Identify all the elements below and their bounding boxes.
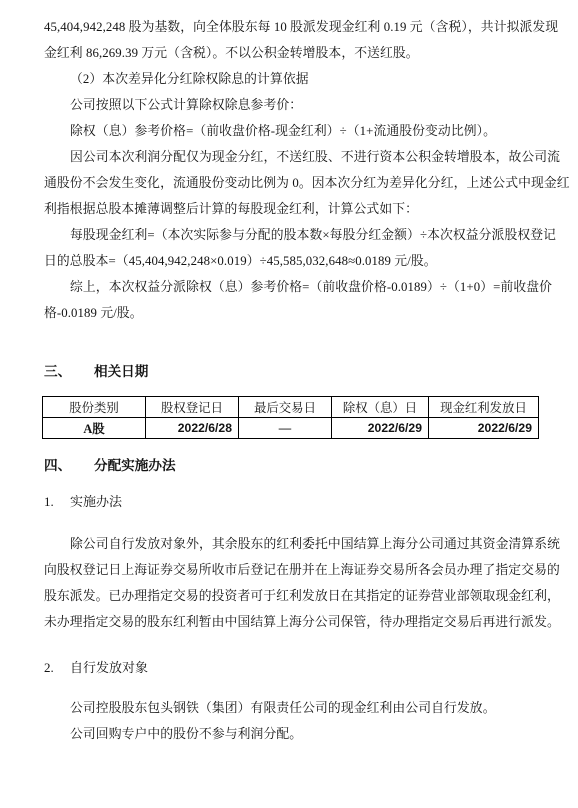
- text-line: 每股现金红利=（本次实际参与分配的股本数×每股分红金额）÷本次权益分派股权登记: [44, 222, 554, 248]
- section-number: 三、: [44, 360, 94, 380]
- text-line: 向股权登记日上海证券交易所收市后登记在册并在上海证券交易所各会员办理了指定交易的: [44, 557, 554, 583]
- table-header-row: 股份类别 股权登记日 最后交易日 除权（息）日 现金红利发放日: [43, 397, 539, 418]
- text-line: 通股份不会发生变化，流通股份变动比例为 0。因本次分红为差异化分红，上述公式中现…: [44, 170, 554, 196]
- cell-record-date: 2022/6/28: [146, 418, 239, 439]
- header-ex-dividend-date: 除权（息）日: [332, 397, 429, 418]
- section-title: 相关日期: [94, 364, 148, 379]
- paragraph-dividend-base: 45,404,942,248 股为基数，向全体股东每 10 股派发现金红利 0.…: [44, 14, 554, 66]
- cell-share-class: A股: [43, 418, 146, 439]
- section-heading-implementation: 四、分配实施办法: [44, 454, 176, 474]
- list-item-number: 2.: [44, 660, 70, 676]
- text-line: 45,404,942,248 股为基数，向全体股东每 10 股派发现金红利 0.…: [44, 14, 554, 40]
- header-record-date: 股权登记日: [146, 397, 239, 418]
- cell-payment-date: 2022/6/29: [429, 418, 539, 439]
- text-line: 因公司本次利润分配仅为现金分红，不送红股、不进行资本公积金转增股本，故公司流: [44, 144, 554, 170]
- list-item-label: 自行发放对象: [70, 660, 148, 675]
- list-item-self-distribution: 2.自行发放对象: [44, 657, 148, 676]
- list-item-number: 1.: [44, 494, 70, 510]
- text-line: 日的总股本=（45,404,942,248×0.019）÷45,585,032,…: [44, 248, 554, 274]
- header-last-trading-date: 最后交易日: [239, 397, 332, 418]
- related-dates-table: 股份类别 股权登记日 最后交易日 除权（息）日 现金红利发放日 A股 2022/…: [42, 396, 539, 439]
- text-line: 股东派发。已办理指定交易的投资者可于红利发放日在其指定的证券营业部领取现金红利，: [44, 583, 554, 609]
- header-share-class: 股份类别: [43, 397, 146, 418]
- paragraph-cash-only-explanation: 因公司本次利润分配仅为现金分红，不送红股、不进行资本公积金转增股本，故公司流 通…: [44, 144, 554, 222]
- paragraph-ex-right-formula: 除权（息）参考价格=（前收盘价格-现金红利）÷（1+流通股份变动比例）。: [44, 118, 554, 144]
- text-line: 未办理指定交易的股东红利暂由中国结算上海分公司保管，待办理指定交易后再进行派发。: [44, 609, 554, 635]
- list-item-implementation-method: 1.实施办法: [44, 491, 122, 510]
- paragraph-reference-price-conclusion: 综上，本次权益分派除权（息）参考价格=（前收盘价格-0.0189）÷（1+0）=…: [44, 274, 554, 326]
- paragraph-distribution-method: 除公司自行发放对象外，其余股东的红利委托中国结算上海分公司通过其资金清算系统 向…: [44, 531, 554, 635]
- text-line: 公司控股股东包头钢铁（集团）有限责任公司的现金红利由公司自行发放。: [44, 695, 554, 721]
- text-line: 公司回购专户中的股份不参与利润分配。: [44, 721, 554, 747]
- text-line: 综上，本次权益分派除权（息）参考价格=（前收盘价格-0.0189）÷（1+0）=…: [44, 274, 554, 300]
- paragraph-repurchase-account: 公司回购专户中的股份不参与利润分配。: [44, 721, 554, 747]
- paragraph-calc-basis-title: （2）本次差异化分红除权除息的计算依据: [44, 66, 554, 92]
- text-line: 金红利 86,269.39 万元（含税）。不以公积金转增股本，不送红股。: [44, 40, 554, 66]
- paragraph-formula-intro: 公司按照以下公式计算除权除息参考价：: [44, 92, 554, 118]
- header-payment-date: 现金红利发放日: [429, 397, 539, 418]
- cell-ex-dividend-date: 2022/6/29: [332, 418, 429, 439]
- text-line: 除权（息）参考价格=（前收盘价格-现金红利）÷（1+流通股份变动比例）。: [44, 118, 554, 144]
- text-line: 格-0.0189 元/股。: [44, 300, 554, 326]
- table-row: A股 2022/6/28 — 2022/6/29 2022/6/29: [43, 418, 539, 439]
- document-page: 45,404,942,248 股为基数，向全体股东每 10 股派发现金红利 0.…: [0, 0, 578, 808]
- section-title: 分配实施办法: [94, 458, 176, 473]
- paragraph-per-share-dividend-calc: 每股现金红利=（本次实际参与分配的股本数×每股分红金额）÷本次权益分派股权登记 …: [44, 222, 554, 274]
- section-number: 四、: [44, 454, 94, 474]
- text-line: 利指根据总股本摊薄调整后计算的每股现金红利，计算公式如下：: [44, 196, 554, 222]
- text-line: （2）本次差异化分红除权除息的计算依据: [44, 66, 554, 92]
- text-line: 除公司自行发放对象外，其余股东的红利委托中国结算上海分公司通过其资金清算系统: [44, 531, 554, 557]
- cell-last-trading-date: —: [239, 418, 332, 439]
- paragraph-controlling-shareholder: 公司控股股东包头钢铁（集团）有限责任公司的现金红利由公司自行发放。: [44, 695, 554, 721]
- section-heading-related-dates: 三、相关日期: [44, 360, 148, 380]
- list-item-label: 实施办法: [70, 494, 122, 509]
- text-line: 公司按照以下公式计算除权除息参考价：: [44, 92, 554, 118]
